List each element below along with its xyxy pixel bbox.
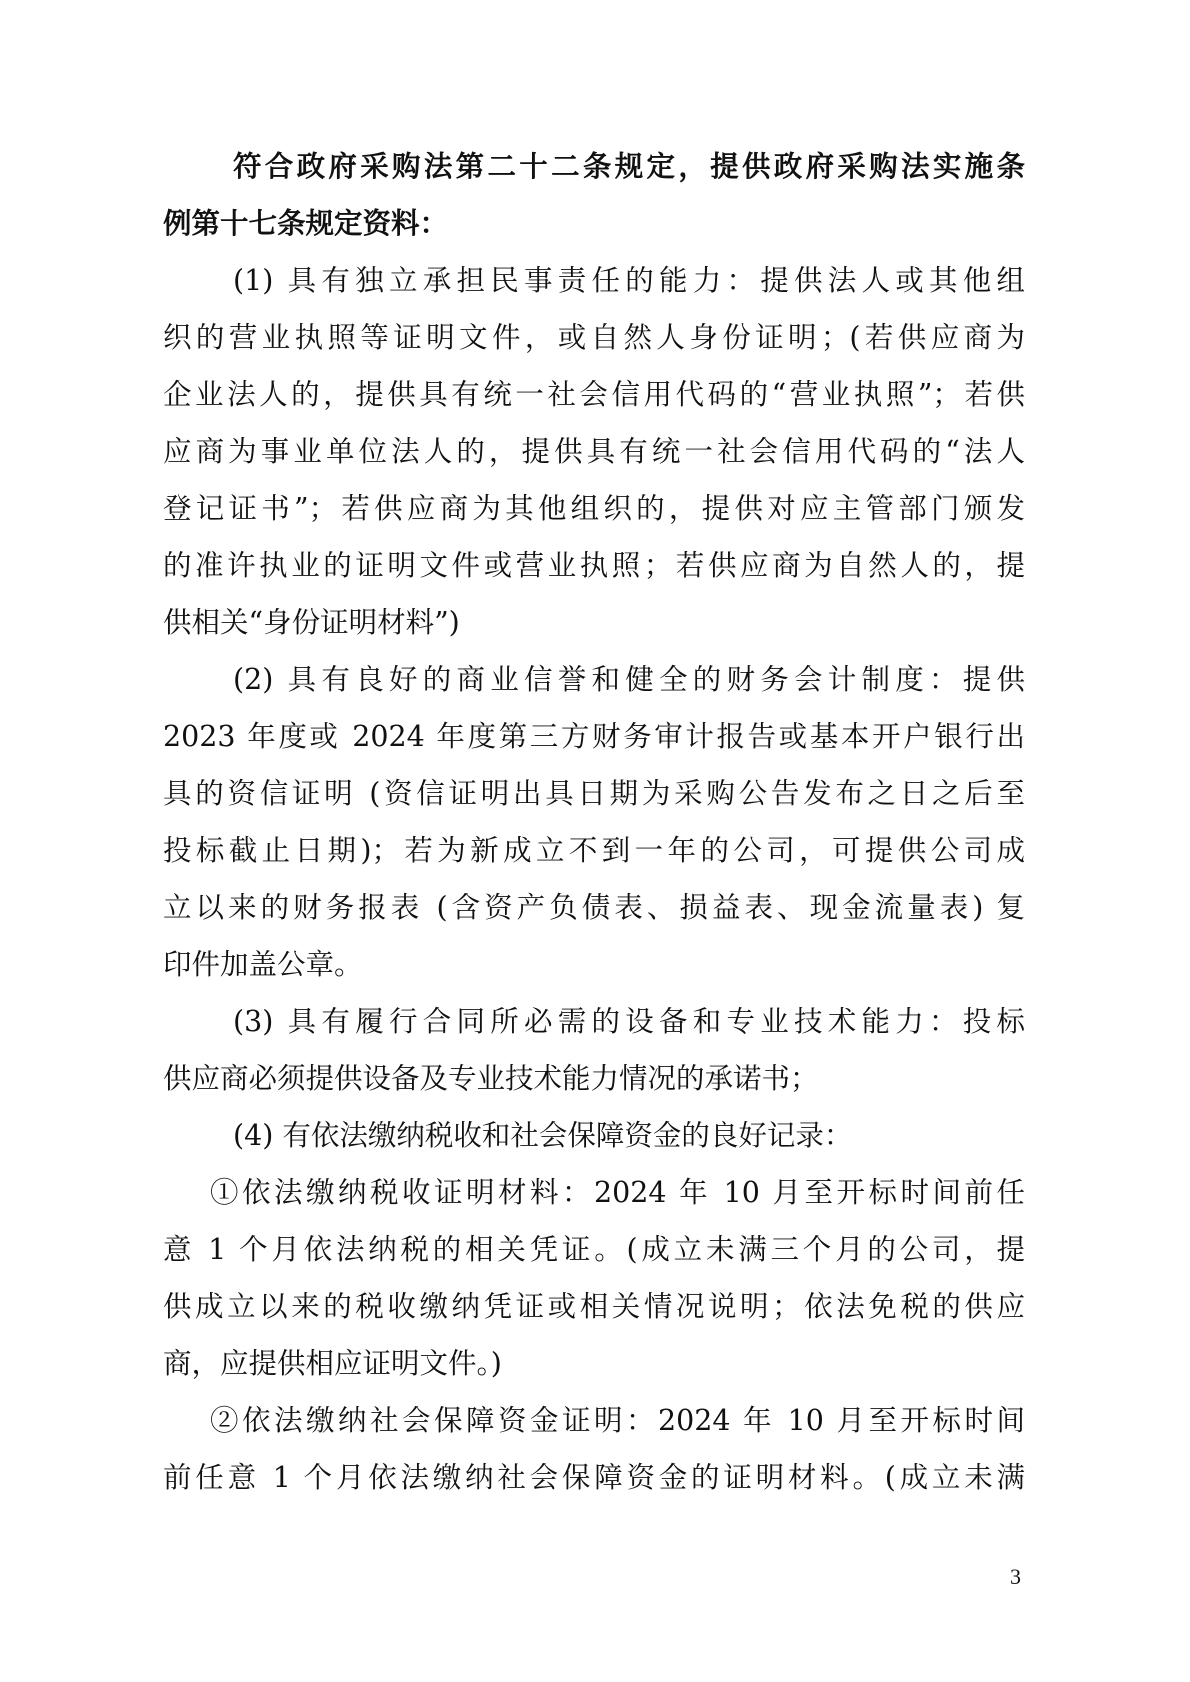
- item2-line-5: 立以来的财务报表 (含资产负债表、损益表、现金流量表) 复: [163, 879, 1025, 936]
- item1-line-3: 企业法人的，提供具有统一社会信用代码的“营业执照”；若供: [163, 366, 1025, 423]
- sub1-line-2: 意 1 个月依法纳税的相关凭证。(成立未满三个月的公司，提: [163, 1221, 1025, 1278]
- sub2-line-1: ②依法缴纳社会保障资金证明：2024 年 10 月至开标时间: [210, 1392, 1025, 1449]
- item4-line-1: (4) 有依法缴纳税收和社会保障资金的良好记录：: [233, 1107, 1025, 1164]
- page-number: 3: [1010, 1562, 1021, 1592]
- item1-line-2: 织的营业执照等证明文件，或自然人身份证明；(若供应商为: [163, 309, 1025, 366]
- item3-line-1: (3) 具有履行合同所必需的设备和专业技术能力：投标: [233, 993, 1025, 1050]
- item2-line-2: 2023 年度或 2024 年度第三方财务审计报告或基本开户银行出: [163, 708, 1025, 765]
- sub1-line-1: ①依法缴纳税收证明材料：2024 年 10 月至开标时间前任: [210, 1164, 1025, 1221]
- item2-line-6: 印件加盖公章。: [163, 936, 1025, 993]
- item2-line-4: 投标截止日期)；若为新成立不到一年的公司，可提供公司成: [163, 822, 1025, 879]
- item3-line-2: 供应商必须提供设备及专业技术能力情况的承诺书；: [163, 1050, 1025, 1107]
- sub1-line-4: 商，应提供相应证明文件。): [163, 1335, 1025, 1392]
- sub2-line-2: 前任意 1 个月依法缴纳社会保障资金的证明材料。(成立未满: [163, 1449, 1025, 1506]
- sub1-line-3: 供成立以来的税收缴纳凭证或相关情况说明；依法免税的供应: [163, 1278, 1025, 1335]
- item2-line-3: 具的资信证明 (资信证明出具日期为采购公告发布之日之后至: [163, 765, 1025, 822]
- document-page: 符合政府采购法第二十二条规定，提供政府采购法实施条 例第十七条规定资料： (1)…: [0, 0, 1190, 1682]
- item1-line-4: 应商为事业单位法人的，提供具有统一社会信用代码的“法人: [163, 423, 1025, 480]
- item1-line-6: 的准许执业的证明文件或营业执照；若供应商为自然人的，提: [163, 537, 1025, 594]
- item1-line-5: 登记证书”；若供应商为其他组织的，提供对应主管部门颁发: [163, 480, 1025, 537]
- item1-line-7: 供相关“身份证明材料”): [163, 594, 1025, 651]
- heading-line-2: 例第十七条规定资料：: [163, 195, 1025, 252]
- item1-line-1: (1) 具有独立承担民事责任的能力：提供法人或其他组: [233, 252, 1025, 309]
- heading-line-1: 符合政府采购法第二十二条规定，提供政府采购法实施条: [233, 138, 1025, 195]
- item2-line-1: (2) 具有良好的商业信誉和健全的财务会计制度：提供: [233, 651, 1025, 708]
